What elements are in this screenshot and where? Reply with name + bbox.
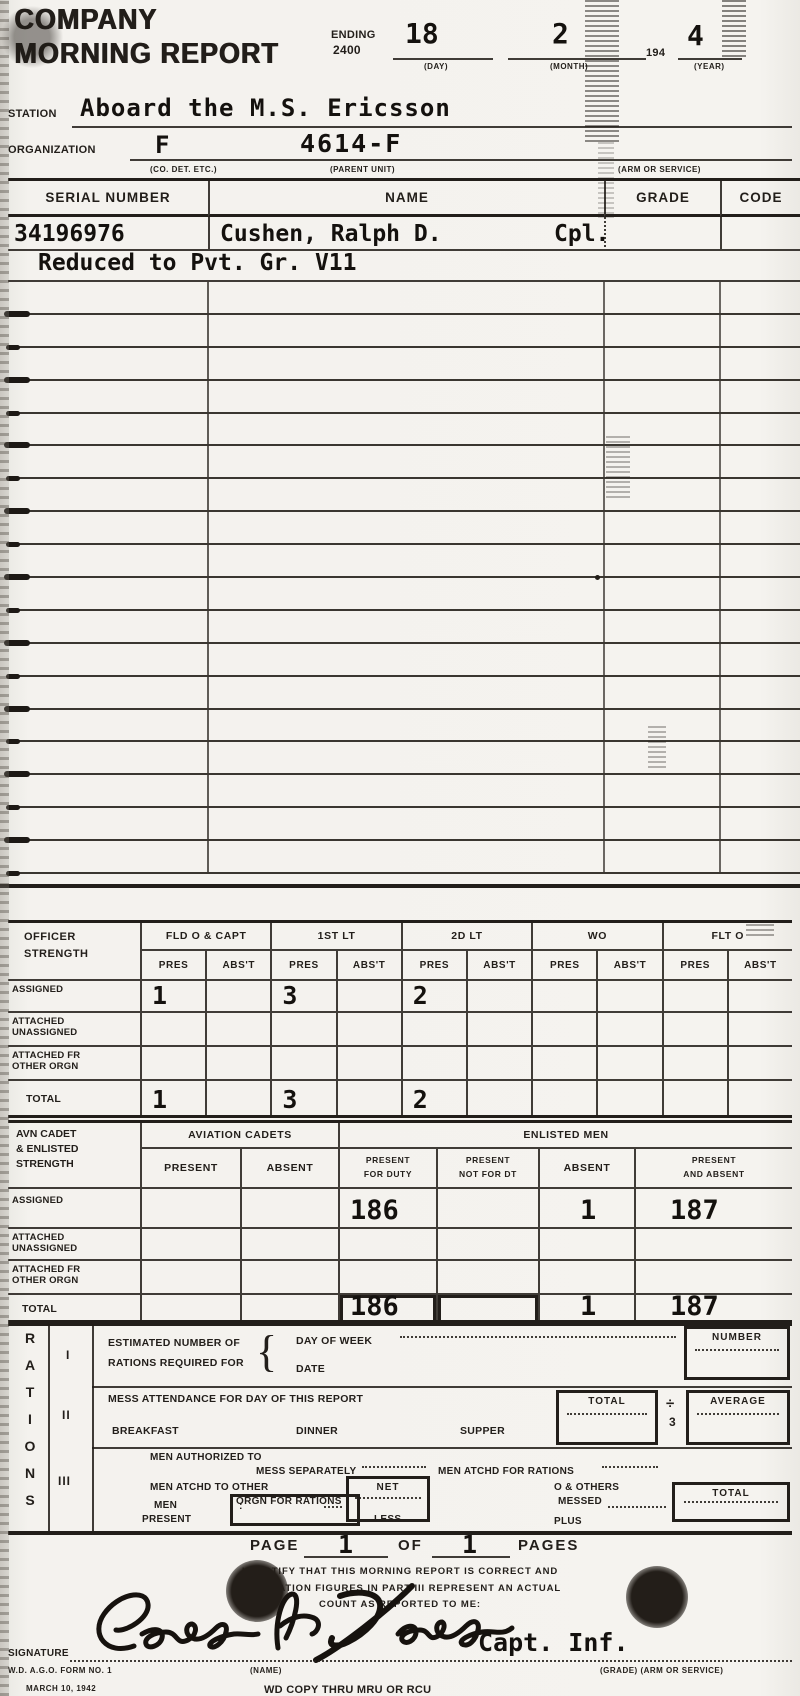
o-and-others-line2: MESSED bbox=[558, 1496, 602, 1507]
men-present-box: : bbox=[230, 1494, 360, 1526]
enlisted-row-label: UNASSIGNED bbox=[12, 1243, 140, 1254]
roster-blank-row bbox=[8, 414, 800, 447]
organization-sub-label-parent: (PARENT UNIT) bbox=[330, 165, 395, 174]
col-present-and-absent: PRESENTAND ABSENT bbox=[634, 1149, 792, 1189]
officer-row-label: UNASSIGNED bbox=[12, 1027, 140, 1038]
officer-sub-abst: ABS'T bbox=[727, 951, 792, 981]
form-title-line1: COMPANY bbox=[14, 4, 157, 37]
enlisted-row-header-line1: AVN CADET bbox=[16, 1127, 140, 1142]
rations-numeral-3: III bbox=[58, 1474, 71, 1488]
officer-sub-abst: ABS'T bbox=[205, 951, 270, 981]
day-of-week-label: DAY OF WEEK bbox=[296, 1336, 372, 1348]
year-label: (YEAR) bbox=[694, 62, 725, 71]
pages-value: 1 bbox=[462, 1532, 477, 1557]
enlisted-total-present-and-absent: 187 bbox=[634, 1295, 792, 1323]
brace: { bbox=[256, 1326, 277, 1377]
group-aviation-cadets: AVIATION CADETS bbox=[140, 1123, 338, 1149]
roster-blank-row bbox=[8, 545, 800, 578]
officer-assigned-2lt-pres: 2 bbox=[401, 981, 466, 1013]
day-value: 18 bbox=[405, 20, 439, 48]
rations-vertical-letter: A bbox=[20, 1357, 40, 1373]
roster-blank-row bbox=[8, 282, 800, 315]
pages-label: PAGES bbox=[518, 1538, 579, 1555]
entry-grade: Cpl. bbox=[554, 223, 609, 249]
roster-blank-row bbox=[8, 808, 800, 841]
officer-total-1lt-pres: 3 bbox=[270, 1081, 335, 1115]
meal-breakfast: BREAKFAST bbox=[112, 1426, 179, 1438]
roster-blank-row bbox=[8, 841, 800, 874]
page-value: 1 bbox=[338, 1532, 353, 1557]
page-label: PAGE bbox=[250, 1538, 299, 1555]
officer-sub-pres: PRES bbox=[140, 951, 205, 981]
mess-attendance-title: MESS ATTENDANCE FOR DAY OF THIS REPORT bbox=[108, 1394, 363, 1406]
entry-remark: Reduced to Pvt. Gr. V11 bbox=[38, 252, 357, 275]
organization-sub-label-arm: (ARM OR SERVICE) bbox=[618, 165, 701, 174]
year-prefix: 194 bbox=[646, 47, 665, 59]
col-present-not-for-duty: PRESENTNOT FOR DT bbox=[436, 1149, 538, 1189]
signature-grade-arm: Capt. Inf. bbox=[478, 1630, 629, 1655]
roster-blank-row bbox=[8, 479, 800, 512]
officer-strength-table: OFFICER STRENGTH FLD O & CAPT 1ST LT 2D … bbox=[8, 920, 792, 1118]
rations-vertical-letter: R bbox=[20, 1330, 40, 1346]
scan-smudge bbox=[722, 0, 746, 58]
officer-sub-abst: ABS'T bbox=[466, 951, 531, 981]
men-atchd-other-line1: MEN ATCHD TO OTHER bbox=[150, 1482, 269, 1493]
signature-label: SIGNATURE bbox=[8, 1648, 69, 1659]
entry-name: Cushen, Ralph D. bbox=[210, 223, 442, 249]
officer-sub-abst: ABS'T bbox=[336, 951, 401, 981]
officer-sub-pres: PRES bbox=[401, 951, 466, 981]
year-value: 4 bbox=[687, 22, 704, 50]
rations-total-box: TOTAL bbox=[672, 1482, 790, 1522]
rations-numeral-1: I bbox=[66, 1348, 70, 1362]
enlisted-row-label: ATTACHED FR bbox=[12, 1264, 140, 1275]
enlisted-row-label: OTHER ORGN bbox=[12, 1275, 140, 1286]
less-label: LESS bbox=[374, 1514, 401, 1525]
men-authorized-line1: MEN AUTHORIZED TO bbox=[150, 1452, 262, 1463]
signature-grade-sub-label: (GRADE) (ARM OR SERVICE) bbox=[600, 1666, 723, 1675]
officer-group-wo: WO bbox=[531, 923, 661, 951]
officer-sub-abst: ABS'T bbox=[596, 951, 661, 981]
enlisted-row-label: ASSIGNED bbox=[12, 1195, 63, 1206]
roster-blank-row bbox=[8, 644, 800, 677]
officer-sub-pres: PRES bbox=[531, 951, 596, 981]
roster-blank-row bbox=[8, 611, 800, 644]
form-number: W.D. A.G.O. FORM NO. 1 bbox=[8, 1666, 112, 1675]
roster-col-code: CODE bbox=[720, 181, 800, 217]
form-date: MARCH 10, 1942 bbox=[26, 1684, 96, 1693]
signature-script bbox=[82, 1582, 542, 1668]
organization-parent-unit-value: 4614-F bbox=[300, 131, 402, 156]
organization-label: ORGANIZATION bbox=[8, 144, 96, 156]
signature-name-sub-label: (NAME) bbox=[250, 1666, 282, 1675]
est-rations-line2: RATIONS REQUIRED FOR bbox=[108, 1358, 244, 1370]
station-label: STATION bbox=[8, 108, 57, 120]
mess-average-box: AVERAGE bbox=[686, 1390, 790, 1445]
officer-sub-pres: PRES bbox=[270, 951, 335, 981]
col-cadet-absent: ABSENT bbox=[240, 1149, 338, 1189]
roster-blank-row bbox=[8, 315, 800, 348]
ending-label: ENDING bbox=[331, 29, 376, 41]
men-atchd-for-rations: MEN ATCHD FOR RATIONS bbox=[438, 1466, 574, 1477]
officer-row-header-line1: OFFICER bbox=[24, 929, 140, 946]
officer-group-1st-lt: 1ST LT bbox=[270, 923, 400, 951]
officer-assigned-1lt-pres: 3 bbox=[270, 981, 335, 1013]
men-present-line1: MEN bbox=[154, 1500, 177, 1511]
roster-blank-row bbox=[8, 512, 800, 545]
date-label: DATE bbox=[296, 1364, 325, 1376]
officer-row-label: ATTACHED bbox=[12, 1016, 140, 1027]
rations-vertical-letter: N bbox=[20, 1465, 40, 1481]
station-value: Aboard the M.S. Ericsson bbox=[80, 96, 451, 120]
organization-company-value: F bbox=[155, 133, 169, 157]
officer-sub-pres: PRES bbox=[662, 951, 727, 981]
enlisted-total-present-for-duty: 186 bbox=[338, 1295, 436, 1323]
form-title-line2: MORNING REPORT bbox=[14, 38, 279, 71]
rations-vertical-letter: I bbox=[20, 1411, 40, 1427]
enlisted-assigned-absent: 1 bbox=[538, 1189, 634, 1229]
number-box: NUMBER bbox=[684, 1326, 790, 1380]
roster-blank-row bbox=[8, 742, 800, 775]
men-present-line2: PRESENT bbox=[142, 1514, 191, 1525]
enlisted-assigned-present-for-duty: 186 bbox=[338, 1189, 436, 1229]
enlisted-total-absent: 1 bbox=[538, 1295, 634, 1323]
rations-numeral-2: II bbox=[62, 1408, 71, 1422]
col-present-for-duty: PRESENTFOR DUTY bbox=[338, 1149, 436, 1189]
roster-table: SERIAL NUMBER NAME GRADE CODE 34196976 C… bbox=[8, 178, 800, 251]
officer-assigned-fldo-pres: 1 bbox=[140, 981, 205, 1013]
roster-blank-rows bbox=[8, 282, 800, 874]
plus-label: PLUS bbox=[554, 1516, 582, 1527]
divide-sign: ÷ bbox=[666, 1396, 675, 1413]
roster-blank-row bbox=[8, 446, 800, 479]
officer-group-fldo-capt: FLD O & CAPT bbox=[140, 923, 270, 951]
men-authorized-line2: MESS SEPARATELY bbox=[256, 1466, 356, 1477]
enlisted-row-header-line3: STRENGTH bbox=[16, 1157, 140, 1172]
officer-total-2lt-pres: 2 bbox=[401, 1081, 466, 1115]
col-cadet-present: PRESENT bbox=[140, 1149, 240, 1189]
roster-blank-row bbox=[8, 578, 800, 611]
rations-vertical-letter: O bbox=[20, 1438, 40, 1454]
col-enlisted-absent: ABSENT bbox=[538, 1149, 634, 1189]
roster-blank-row bbox=[8, 710, 800, 743]
roster-remark-row: Reduced to Pvt. Gr. V11 bbox=[8, 248, 800, 282]
officer-total-fldo-pres: 1 bbox=[140, 1081, 205, 1115]
officer-row-header-line2: STRENGTH bbox=[24, 946, 140, 963]
organization-sub-label-company: (CO. DET. ETC.) bbox=[150, 165, 217, 174]
officer-row-label: ATTACHED FR bbox=[12, 1050, 140, 1061]
est-rations-line1: ESTIMATED NUMBER OF bbox=[108, 1338, 240, 1350]
rations-section: R A T I O N S I ESTIMATED NUMBER OF RATI… bbox=[8, 1320, 792, 1535]
enlisted-row-header-line2: & ENLISTED bbox=[16, 1142, 140, 1157]
enlisted-total-label: TOTAL bbox=[22, 1303, 57, 1315]
roster-blank-row bbox=[8, 775, 800, 808]
meal-dinner: DINNER bbox=[296, 1426, 338, 1438]
group-enlisted-men: ENLISTED MEN bbox=[338, 1123, 792, 1149]
officer-group-2d-lt: 2D LT bbox=[401, 923, 531, 951]
roster-col-grade: GRADE bbox=[604, 181, 720, 217]
entry-serial: 34196976 bbox=[8, 223, 125, 249]
roster-blank-row bbox=[8, 381, 800, 414]
month-value: 2 bbox=[552, 20, 569, 48]
punch-hole-right bbox=[626, 1566, 688, 1628]
rations-vertical-letter: T bbox=[20, 1384, 40, 1400]
day-label: (DAY) bbox=[424, 62, 448, 71]
roster-blank-row bbox=[8, 677, 800, 710]
roster-col-name: NAME bbox=[208, 181, 604, 217]
o-and-others-line1: O & OTHERS bbox=[554, 1482, 619, 1493]
morning-report-form: COMPANY MORNING REPORT ENDING 2400 18 (D… bbox=[0, 0, 800, 1696]
enlisted-strength-table: AVN CADET & ENLISTED STRENGTH AVIATION C… bbox=[8, 1120, 792, 1326]
of-label: OF bbox=[398, 1538, 423, 1555]
rations-vertical-letter: S bbox=[20, 1492, 40, 1508]
officer-row-label: ASSIGNED bbox=[12, 984, 63, 995]
copy-note: WD COPY THRU MRU OR RCU bbox=[264, 1684, 431, 1696]
enlisted-assigned-present-and-absent: 187 bbox=[634, 1189, 792, 1229]
roster-blank-row bbox=[8, 348, 800, 381]
scan-smudge bbox=[585, 0, 619, 142]
divisor: 3 bbox=[669, 1416, 676, 1429]
ending-value: 2400 bbox=[333, 44, 361, 57]
officer-row-label: OTHER ORGN bbox=[12, 1061, 140, 1072]
officer-group-flt-o: FLT O bbox=[662, 923, 792, 951]
mess-total-box: TOTAL bbox=[556, 1390, 658, 1445]
month-label: (MONTH) bbox=[550, 62, 588, 71]
officer-total-label: TOTAL bbox=[26, 1093, 61, 1105]
roster-col-serial: SERIAL NUMBER bbox=[8, 181, 208, 217]
enlisted-row-label: ATTACHED bbox=[12, 1232, 140, 1243]
meal-supper: SUPPER bbox=[460, 1426, 505, 1438]
